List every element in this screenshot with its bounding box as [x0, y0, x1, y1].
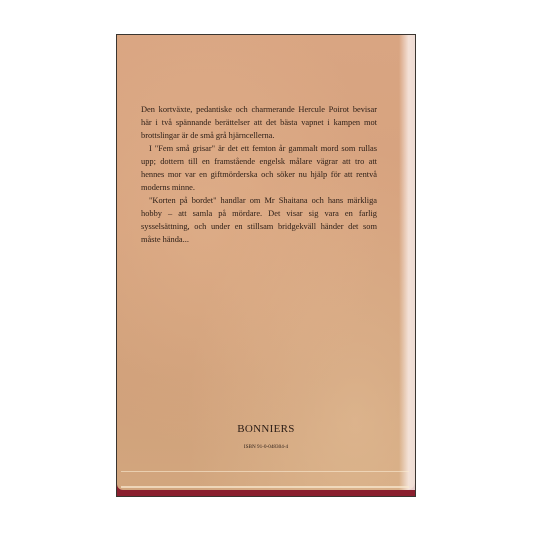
blurb-paragraph-3: "Korten på bordet" handlar om Mr Shaitan…: [141, 194, 377, 246]
blurb-text: Den kortväxte, pedantiske och charmerand…: [141, 103, 377, 246]
bottom-wear: [121, 471, 409, 488]
isbn-number: ISBN 91-0-048304-4: [117, 444, 415, 450]
worn-edge: [399, 35, 415, 490]
book-back-cover: Den kortväxte, pedantiske och charmerand…: [116, 34, 416, 497]
blurb-paragraph-1: Den kortväxte, pedantiske och charmerand…: [141, 103, 377, 142]
cover-surface: Den kortväxte, pedantiske och charmerand…: [117, 35, 415, 490]
publisher-name: BONNIERS: [117, 423, 415, 435]
blurb-paragraph-2: I "Fem små grisar" är det ett femton år …: [141, 142, 377, 194]
